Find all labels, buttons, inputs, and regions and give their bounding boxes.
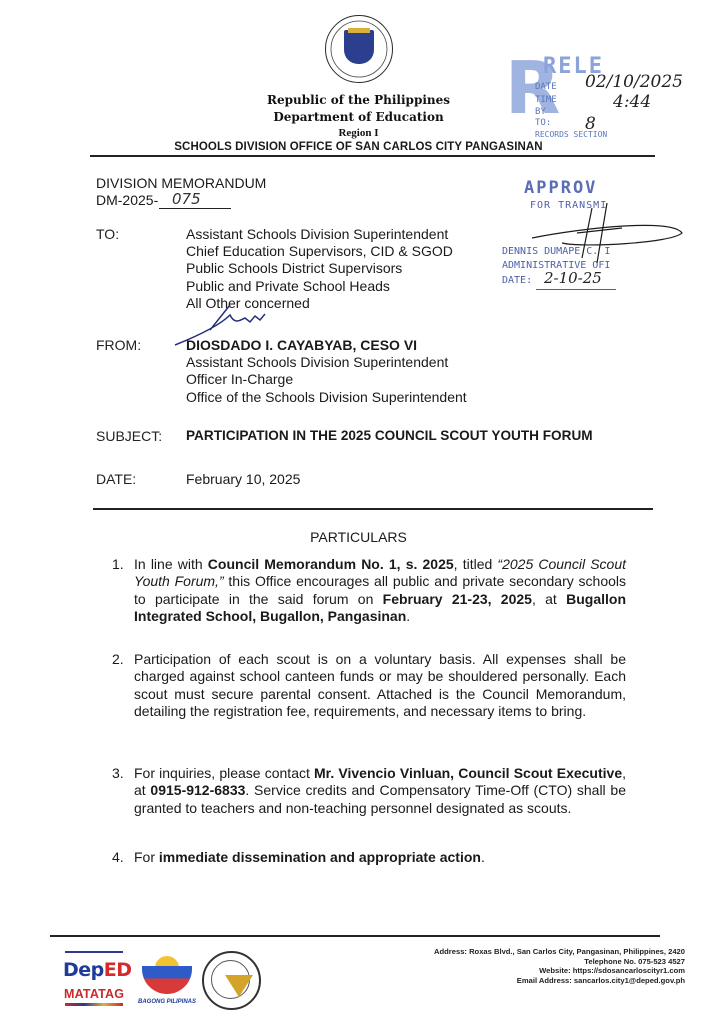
matatag-text: MATATAG [64,987,124,1001]
from-position: Officer In-Charge [186,371,467,388]
item-number: 1. [112,556,124,573]
date-value: February 10, 2025 [186,471,300,487]
sdo-seal-logo [202,951,261,1010]
bagong-pilipinas-text: BAGONG PILIPINAS [136,999,198,1005]
footer-divider [50,935,660,937]
particular-item-4: 4. For immediate dissemination and appro… [112,849,626,866]
item-text: In line with Council Memorandum No. 1, s… [134,556,626,625]
to-label: TO: [96,226,119,242]
date-label: DATE: [96,471,136,487]
item-text: For immediate dissemination and appropri… [134,849,626,866]
from-name: DIOSDADO I. CAYABYAB, CESO VI [186,337,467,354]
memo-type: DIVISION MEMORANDUM [96,175,266,191]
approval-date-line [536,289,616,290]
item-number: 3. [112,765,124,782]
particular-item-2: 2. Participation of each scout is on a v… [112,651,626,720]
from-office: Office of the Schools Division Superinte… [186,389,467,406]
from-label: FROM: [96,337,141,353]
release-by-label: BY [535,107,546,117]
flag-wave-icon [142,966,192,994]
approval-stamp-date-label: DATE: [502,275,532,286]
footer-address: Address: Roxas Blvd., San Carlos City, P… [390,947,685,957]
header-division-office: SCHOOLS DIVISION OFFICE OF SAN CARLOS CI… [0,141,717,153]
footer-website[interactable]: Website: https://sdosancarloscityr1.com [390,966,685,976]
memo-number-line [159,208,231,209]
memo-number-value: 075 [172,190,201,208]
deped-matatag-logo: DepED MATATAG [63,951,125,1011]
seal-ring-icon [326,16,392,82]
footer-contact: Address: Roxas Blvd., San Carlos City, P… [390,947,685,985]
section-divider [93,508,653,510]
footer-telephone: Telephone No. 075-523 4527 [390,957,685,967]
release-to-label: TO: [535,118,551,128]
approval-stamp-date-value: 2-10-25 [544,269,602,287]
release-time-label: TIME [535,95,557,105]
from-block: DIOSDADO I. CAYABYAB, CESO VI Assistant … [186,337,467,406]
item-number: 4. [112,849,124,866]
release-date-value: 02/10/2025 [585,72,683,92]
approval-signature-icon [522,198,692,268]
particular-item-3: 3. For inquiries, please contact Mr. Viv… [112,765,626,817]
recipient: Public and Private School Heads [186,278,453,295]
from-position: Assistant Schools Division Superintenden… [186,354,467,371]
deped-logo-text-b: ED [104,959,132,981]
particular-item-1: 1. In line with Council Memorandum No. 1… [112,556,626,625]
release-stamp: R RELE DATE TIME BY TO: RECORDS SECTION … [505,52,665,142]
recipient: Chief Education Supervisors, CID & SGOD [186,243,453,260]
release-to-value: 8 [585,114,596,134]
header-divider [90,155,655,157]
release-time-value: 4:44 [613,92,651,112]
subject-text: PARTICIPATION IN THE 2025 COUNCIL SCOUT … [186,428,593,443]
particulars-heading: PARTICULARS [0,529,717,545]
recipient: Assistant Schools Division Superintenden… [186,226,453,243]
release-records-label: RECORDS SECTION [535,130,607,139]
item-text: Participation of each scout is on a volu… [134,651,626,720]
memo-number-prefix: DM-2025- [96,192,158,208]
footer-email[interactable]: Email Address: sancarlos.city1@deped.gov… [390,976,685,986]
deped-logo-text-a: Dep [63,959,104,981]
bagong-pilipinas-logo: BAGONG PILIPINAS [136,950,198,1010]
sdo-seal-emblem-icon [225,975,253,997]
item-text: For inquiries, please contact Mr. Vivenc… [134,765,626,817]
deped-seal [325,15,393,83]
subject-label: SUBJECT: [96,428,162,444]
release-date-label: DATE [535,82,557,92]
recipient: Public Schools District Supervisors [186,260,453,277]
approval-stamp-title: APPROV [524,178,597,198]
item-number: 2. [112,651,124,668]
